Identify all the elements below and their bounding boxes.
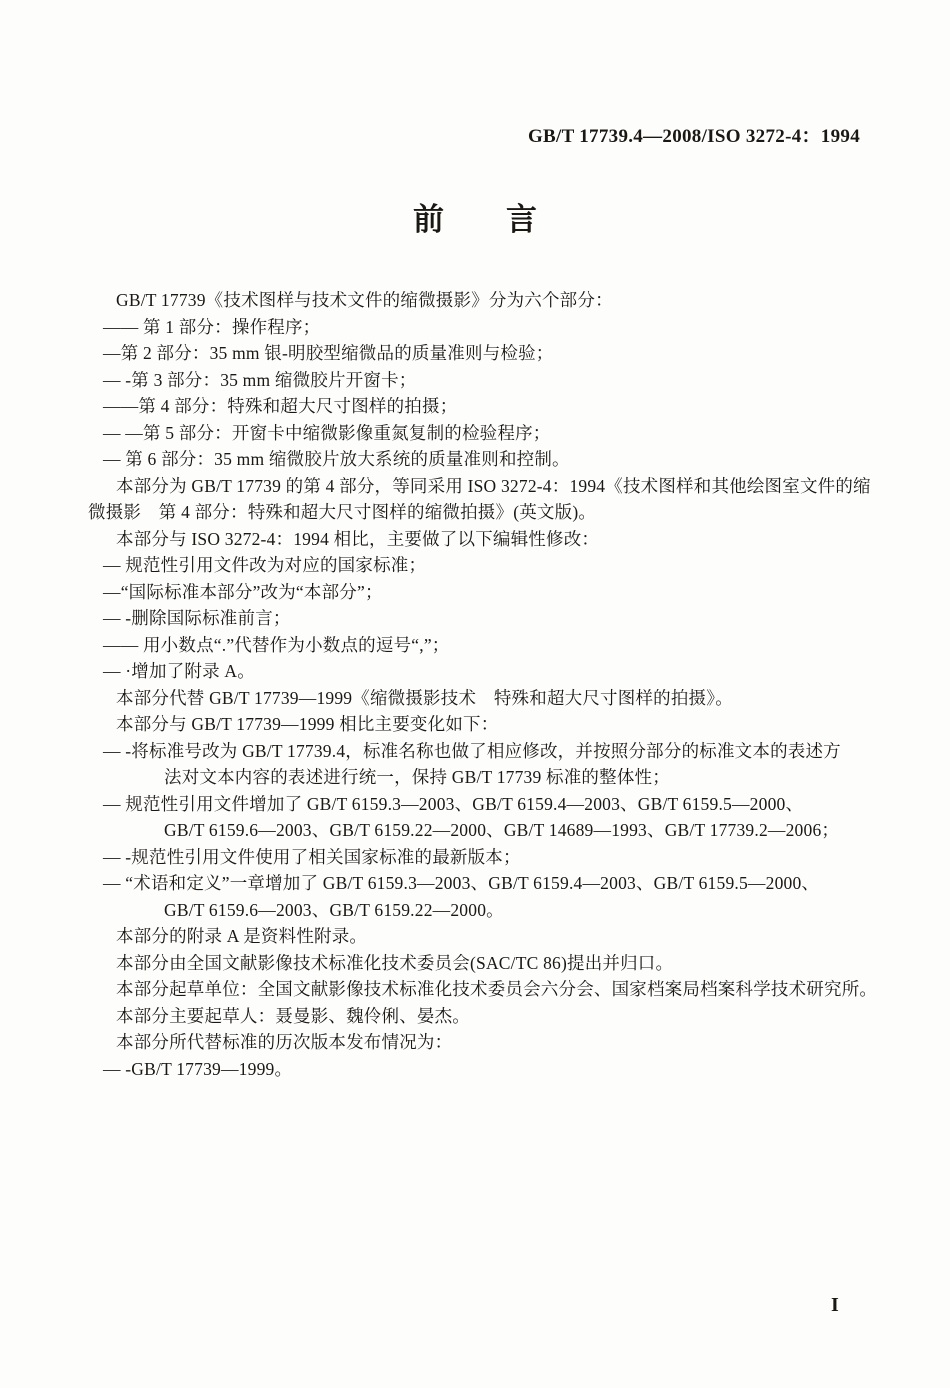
body-line: — 规范性引用文件增加了 GB/T 6159.3—2003、GB/T 6159.… bbox=[88, 791, 878, 818]
body-line: 本部分与 ISO 3272-4：1994 相比，主要做了以下编辑性修改： bbox=[88, 526, 878, 553]
body-line: — -第 3 部分：35 mm 缩微胶片开窗卡； bbox=[88, 367, 878, 394]
body-line: 本部分与 GB/T 17739—1999 相比主要变化如下： bbox=[88, 711, 878, 738]
body-line: — -规范性引用文件使用了相关国家标准的最新版本； bbox=[88, 844, 878, 871]
body-line: —— 用小数点“.”代替作为小数点的逗号“,”； bbox=[88, 632, 878, 659]
body-line: 本部分主要起草人：聂曼影、魏伶俐、晏杰。 bbox=[88, 1003, 878, 1030]
body-line: GB/T 6159.6—2003、GB/T 6159.22—2000、GB/T … bbox=[88, 817, 878, 844]
body-line: —“国际标准本部分”改为“本部分”； bbox=[88, 579, 878, 606]
page-title: 前 言 bbox=[0, 203, 950, 237]
body-line: —— 第 1 部分：操作程序； bbox=[88, 314, 878, 341]
page-number: I bbox=[831, 1294, 839, 1317]
body-line: — ·增加了附录 A。 bbox=[88, 658, 878, 685]
body-line: 本部分代替 GB/T 17739—1999《缩微摄影技术 特殊和超大尺寸图样的拍… bbox=[88, 685, 878, 712]
body-line: 微摄影 第 4 部分：特殊和超大尺寸图样的缩微拍摄》(英文版)。 bbox=[88, 499, 878, 526]
body-line: — 规范性引用文件改为对应的国家标准； bbox=[88, 552, 878, 579]
scanned-document-page: GB/T 17739.4—2008/ISO 3272-4：1994 前 言 GB… bbox=[0, 0, 950, 1388]
body-line: — “术语和定义”一章增加了 GB/T 6159.3—2003、GB/T 615… bbox=[88, 870, 878, 897]
body-line: — 第 6 部分：35 mm 缩微胶片放大系统的质量准则和控制。 bbox=[88, 446, 878, 473]
body-line: — -将标准号改为 GB/T 17739.4，标准名称也做了相应修改，并按照分部… bbox=[88, 738, 878, 765]
foreword-body: GB/T 17739《技术图样与技术文件的缩微摄影》分为六个部分：—— 第 1 … bbox=[88, 287, 878, 1082]
body-line: 本部分所代替标准的历次版本发布情况为： bbox=[88, 1029, 878, 1056]
body-line: 本部分的附录 A 是资料性附录。 bbox=[88, 923, 878, 950]
body-line: ——第 4 部分：特殊和超大尺寸图样的拍摄； bbox=[88, 393, 878, 420]
body-line: 本部分起草单位：全国文献影像技术标准化技术委员会六分会、国家档案局档案科学技术研… bbox=[88, 976, 878, 1003]
body-line: —第 2 部分：35 mm 银-明胶型缩微品的质量准则与检验； bbox=[88, 340, 878, 367]
standard-number-header: GB/T 17739.4—2008/ISO 3272-4：1994 bbox=[528, 121, 860, 148]
body-line: — —第 5 部分：开窗卡中缩微影像重氮复制的检验程序； bbox=[88, 420, 878, 447]
body-line: 法对文本内容的表述进行统一，保持 GB/T 17739 标准的整体性； bbox=[88, 764, 878, 791]
body-line: GB/T 17739《技术图样与技术文件的缩微摄影》分为六个部分： bbox=[88, 287, 878, 314]
body-line: 本部分由全国文献影像技术标准化技术委员会(SAC/TC 86)提出并归口。 bbox=[88, 950, 878, 977]
body-line: 本部分为 GB/T 17739 的第 4 部分，等同采用 ISO 3272-4：… bbox=[88, 473, 878, 500]
body-line: — -GB/T 17739—1999。 bbox=[88, 1056, 878, 1083]
body-line: — -删除国际标准前言； bbox=[88, 605, 878, 632]
body-line: GB/T 6159.6—2003、GB/T 6159.22—2000。 bbox=[88, 897, 878, 924]
